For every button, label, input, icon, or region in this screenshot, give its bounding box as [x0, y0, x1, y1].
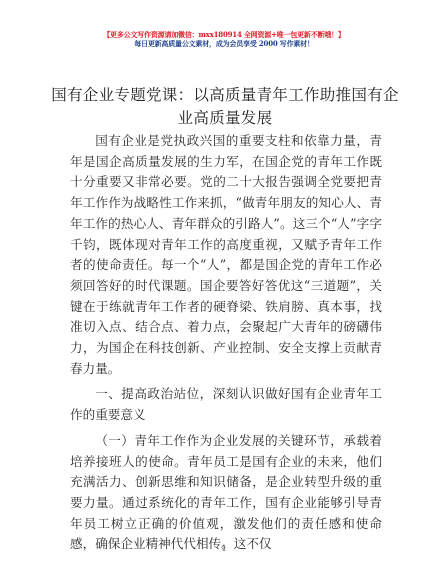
subsection-paragraph-1: （一）青年工作作为企业发展的关键环节，承载着培养接班人的使命。青年员工是国有企业…: [70, 431, 382, 555]
document-title: 国有企业专题党课：以高质量青年工作助推国有企业高质量发展: [50, 84, 400, 130]
page-number: 1: [0, 544, 448, 553]
section-heading-1: 一、提高政治站位，深刻认识做好国有企业青年工作的重要意义: [70, 384, 382, 425]
intro-paragraph: 国有企业是党执政兴国的重要支柱和依靠力量，青年是国企高质量发展的生力军，在国企党…: [70, 131, 382, 379]
promo-banner-line-2: 每日更新高质量公文素材，成为会员享受 2000 写作素材！: [0, 39, 448, 49]
document-body: 国有企业是党执政兴国的重要支柱和依靠力量，青年是国企高质量发展的生力军，在国企党…: [70, 131, 382, 555]
document-page: 【更多公文写作资源请加微信：mxx180914 全网资源+唯一包更新不断哦！】 …: [0, 0, 448, 580]
